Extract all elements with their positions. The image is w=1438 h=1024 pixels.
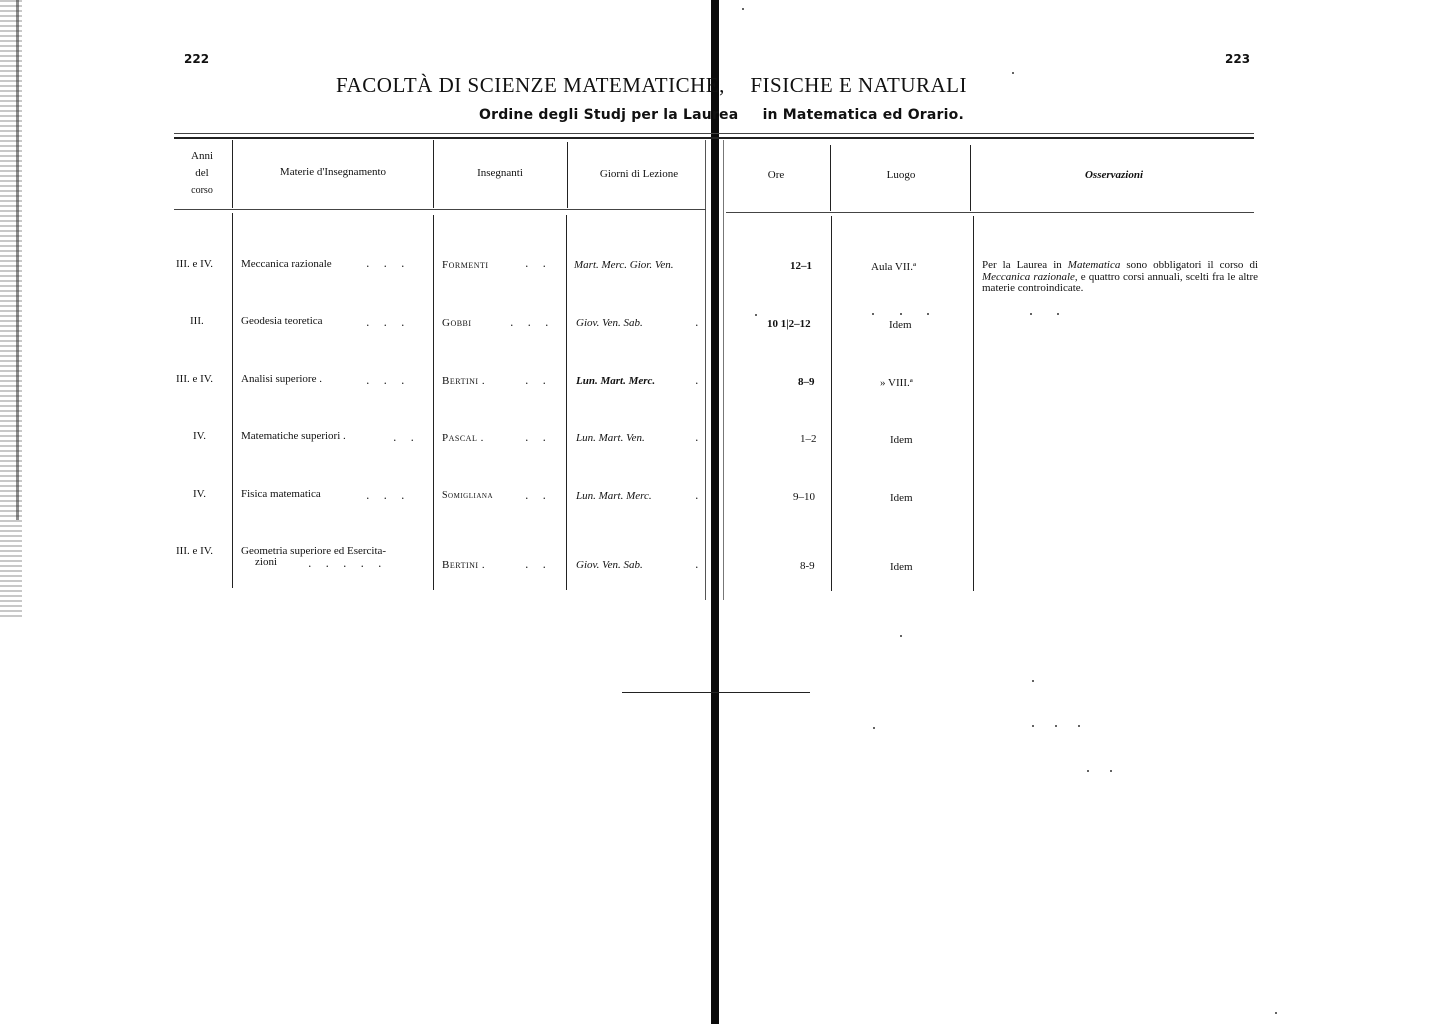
col-divider	[831, 216, 832, 591]
col-divider	[232, 213, 233, 588]
leader-dots: .	[695, 558, 713, 571]
title-right: FISICHE E NATURALI	[750, 73, 967, 97]
scan-speck	[755, 314, 757, 316]
leader-dots: ...	[366, 489, 419, 502]
scan-speck	[927, 313, 929, 315]
cell-insegnante: Bertini .	[442, 375, 485, 387]
column-header-rule-left	[174, 209, 706, 210]
scan-speck	[1057, 313, 1059, 315]
scan-speck	[1055, 725, 1057, 727]
scan-speck	[1110, 770, 1112, 772]
col-divider	[973, 216, 974, 591]
leader-dots: ...	[366, 257, 419, 270]
header-rule-thin	[174, 133, 1254, 134]
column-header-rule-right	[726, 212, 1254, 213]
cell-ore: 10 1|2–12	[767, 318, 811, 330]
cell-ore: 1–2	[800, 433, 817, 445]
subtitle-left: Ordine degli Studj per la Laurea	[479, 107, 738, 123]
cell-insegnante: Bertini .	[442, 559, 485, 571]
cell-giorni: Lun. Mart. Ven.	[576, 432, 645, 444]
subtitle-right: in Matematica ed Orario.	[763, 107, 964, 123]
scan-speck	[1032, 725, 1034, 727]
cell-luogo: » VIII.ª	[880, 377, 913, 389]
col-header-materie: Materie d'Insegnamento	[234, 166, 432, 178]
col-header-insegnanti: Insegnanti	[434, 167, 566, 179]
cell-ore: 8-9	[800, 560, 815, 572]
scan-speck	[1078, 725, 1080, 727]
cell-insegnante: Formenti	[442, 259, 489, 271]
leader-dots: ...	[366, 374, 419, 387]
cell-insegnante: Gobbi	[442, 317, 472, 329]
leader-dots: ...	[510, 316, 563, 329]
col-divider	[830, 145, 831, 211]
scan-edge-line	[16, 0, 19, 520]
leader-dots: .	[695, 374, 713, 387]
cell-anni: III. e IV.	[176, 545, 213, 557]
leader-dots: ..	[525, 431, 560, 444]
leader-dots: ..	[393, 431, 428, 444]
cell-materia: Fisica matematica	[241, 488, 321, 500]
scan-speck	[1087, 770, 1089, 772]
cell-ore: 9–10	[793, 491, 815, 503]
gutter-shadow-right	[723, 140, 724, 600]
col-header-luogo: Luogo	[832, 169, 970, 181]
end-rule	[622, 692, 810, 693]
leader-dots: .	[695, 431, 713, 444]
cell-materia-line2: zioni	[255, 556, 277, 568]
scan-speck	[742, 8, 744, 10]
cell-luogo: Idem	[890, 492, 913, 504]
cell-insegnante: Somigliana	[442, 490, 493, 501]
book-spine-gutter	[711, 0, 719, 1024]
col-header-giorni: Giorni di Lezione	[568, 168, 710, 180]
leader-dots: ..	[525, 257, 560, 270]
col-header-anni: Anni del corso	[174, 148, 230, 199]
cell-giorni: Giov. Ven. Sab.	[576, 559, 643, 571]
col-divider	[433, 215, 434, 590]
cell-luogo: Idem	[889, 319, 912, 331]
leader-dots: .	[695, 489, 713, 502]
page-number-left: 222	[184, 52, 209, 66]
cell-giorni: Mart. Merc. Gior. Ven.	[574, 259, 674, 271]
col-divider	[232, 140, 233, 208]
leader-dots: .....	[308, 557, 395, 570]
leader-dots: ..	[525, 558, 560, 571]
observations-note: Per la Laurea in Matematica sono obbliga…	[982, 260, 1258, 295]
leader-dots: ..	[525, 489, 560, 502]
cell-insegnante: Pascal .	[442, 432, 484, 444]
cell-giorni: Lun. Mart. Merc.	[576, 490, 652, 502]
cell-ore: 8–9	[798, 376, 815, 388]
scan-speck	[873, 727, 875, 729]
cell-luogo: Aula VII.ª	[871, 261, 916, 273]
leader-dots: .	[695, 316, 713, 329]
title-left: FACOLTÀ DI SCIENZE MATEMATICHE,	[336, 73, 725, 97]
scan-speck	[1012, 72, 1014, 74]
cell-anni: III. e IV.	[176, 258, 213, 270]
scan-speck	[900, 313, 902, 315]
col-divider	[566, 215, 567, 590]
scan-speck	[1030, 313, 1032, 315]
cell-giorni: Lun. Mart. Merc.	[576, 375, 655, 387]
col-header-ore: Ore	[726, 169, 826, 181]
scan-speck	[872, 313, 874, 315]
cell-anni: IV.	[193, 430, 206, 442]
cell-anni: III. e IV.	[176, 373, 213, 385]
header-rule-thick	[174, 137, 1254, 139]
leader-dots: ..	[525, 374, 560, 387]
cell-luogo: Idem	[890, 434, 913, 446]
cell-materia: Geodesia teoretica	[241, 315, 323, 327]
cell-materia: Matematiche superiori .	[241, 430, 346, 442]
cell-giorni: Giov. Ven. Sab.	[576, 317, 643, 329]
page-subtitle: Ordine degli Studj per la Laurea in Mate…	[479, 107, 964, 123]
scan-speck	[1032, 680, 1034, 682]
cell-anni: III.	[190, 315, 204, 327]
cell-luogo: Idem	[890, 561, 913, 573]
col-header-osservazioni: Osservazioni	[974, 169, 1254, 181]
page-title: FACOLTÀ DI SCIENZE MATEMATICHE, FISICHE …	[336, 73, 967, 98]
leader-dots: ...	[366, 316, 419, 329]
cell-materia: Meccanica razionale	[241, 258, 332, 270]
cell-ore: 12–1	[790, 260, 812, 272]
cell-anni: IV.	[193, 488, 206, 500]
scan-speck	[1275, 1012, 1277, 1014]
page-number-right: 223	[1225, 52, 1250, 66]
col-divider	[970, 145, 971, 211]
cell-materia: Analisi superiore .	[241, 373, 322, 385]
scan-speck	[900, 635, 902, 637]
